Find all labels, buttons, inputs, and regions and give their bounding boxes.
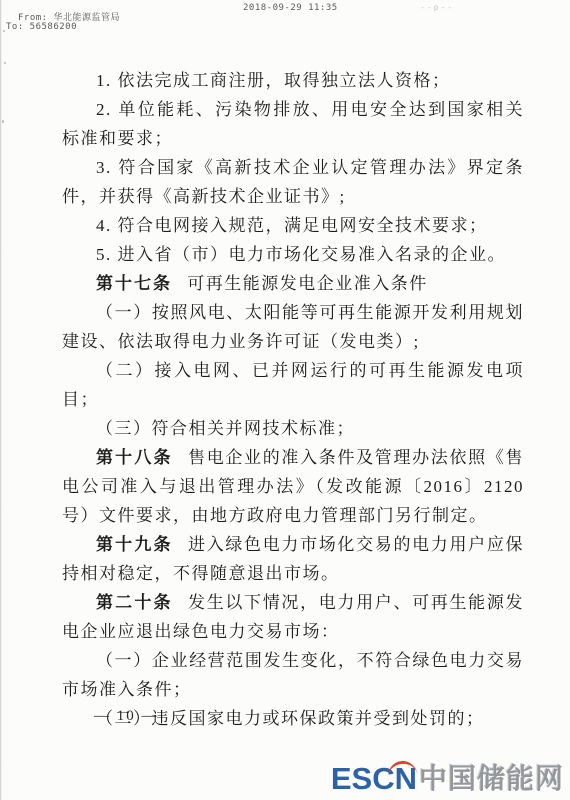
article-number: 第十七条	[96, 274, 172, 293]
paragraph: 2. 单位能耗、污染物排放、用电安全达到国家相关标准和要求；	[62, 95, 524, 153]
paragraph: （三）符合相关并网技术标准；	[62, 414, 524, 443]
escn-watermark: ESCN 中国储能网	[331, 762, 564, 796]
article-number: 第十九条	[96, 535, 173, 554]
article-number: 第二十条	[96, 593, 173, 612]
paragraph: 第二十条发生以下情况，电力用户、可再生能源发电企业应退出绿色电力交易市场：	[62, 588, 524, 646]
escn-logo: ESCN	[331, 762, 417, 796]
paragraph: 第十八条售电企业的准入条件及管理办法依照《售电公司准入与退出管理办法》（发改能源…	[62, 443, 524, 530]
fax-header: From: 华北能源监管局 To: 56586200 2018-09-29 11…	[0, 2, 570, 36]
paragraph: （一）企业经营范围发生变化，不符合绿色电力交易市场准入条件；	[62, 646, 524, 704]
paragraph: 第十七条可再生能源发电企业准入条件	[62, 269, 524, 298]
fax-datetime: 2018-09-29 11:35	[243, 3, 338, 13]
paragraph: （二）接入电网、已并网运行的可再生能源发电项目；	[62, 356, 524, 414]
document-body: 1. 依法完成工商注册，取得独立法人资格；2. 单位能耗、污染物排放、用电安全达…	[62, 66, 524, 733]
paragraph: 4. 符合电网接入规范，满足电网安全技术要求；	[62, 211, 524, 240]
scan-speck	[4, 62, 6, 64]
article-number: 第十八条	[96, 448, 173, 467]
fax-page-marker: --p--	[420, 3, 454, 12]
fax-to-line: To: 56586200	[6, 22, 77, 32]
paragraph: 1. 依法完成工商注册，取得独立法人资格；	[62, 66, 524, 95]
paragraph: 5. 进入省（市）电力市场化交易准入名录的企业。	[62, 240, 524, 269]
page-number: — 10 —	[94, 708, 159, 725]
scan-speck	[2, 120, 4, 123]
scanned-fax-page: { "fax_header": { "from": "From: 华北能源监管局…	[0, 0, 570, 800]
paragraph: （一）按照风电、太阳能等可再生能源开发利用规划建设、依法取得电力业务许可证（发电…	[62, 298, 524, 356]
paragraph: 3. 符合国家《高新技术企业认定管理办法》界定条件，并获得《高新技术企业证书》;	[62, 153, 524, 211]
paragraph: 第十九条进入绿色电力市场化交易的电力用户应保持相对稳定，不得随意退出市场。	[62, 530, 524, 588]
site-name-text: 中国储能网	[419, 762, 564, 796]
